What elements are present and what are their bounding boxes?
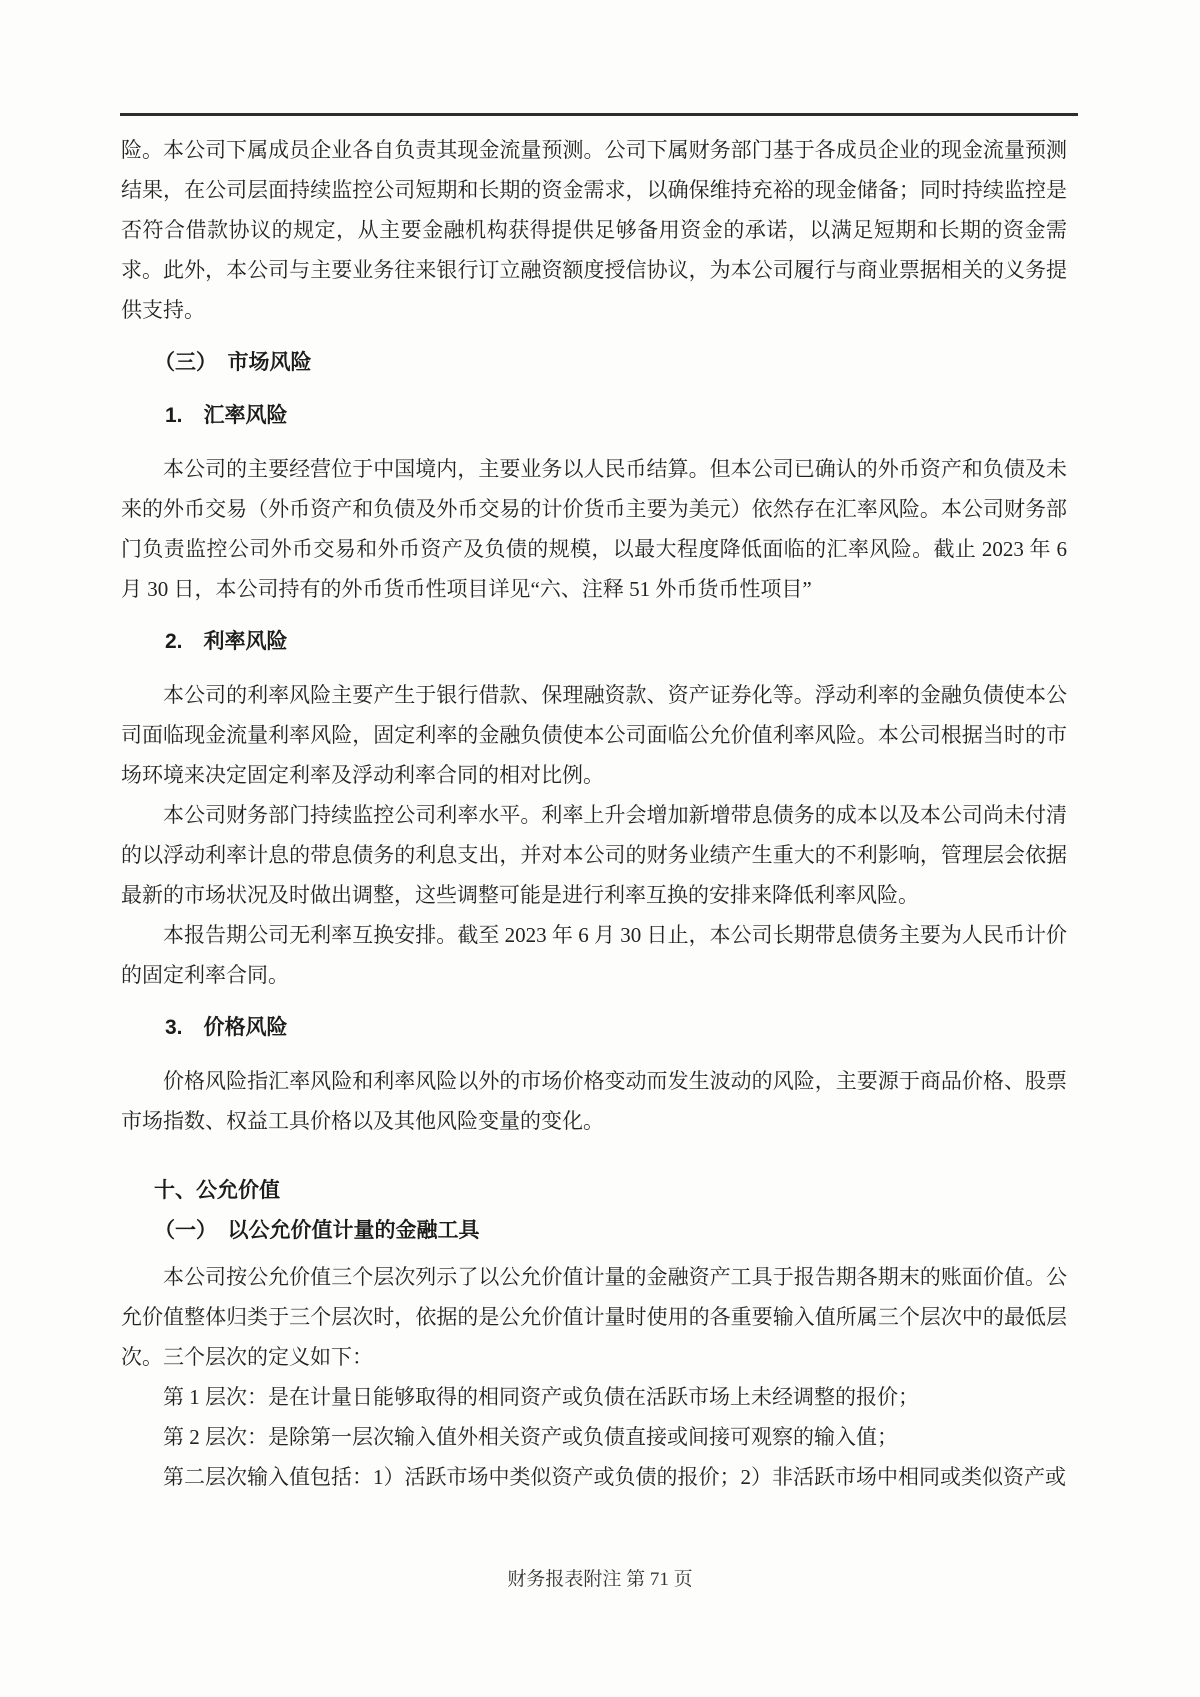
paragraph-interest-rate-risk-sources: 本公司的利率风险主要产生于银行借款、保理融资款、资产证券化等。浮动利率的金融负债… [121,675,1067,795]
paragraph-level-2-inputs: 第二层次输入值包括：1）活跃市场中类似资产或负债的报价；2）非活跃市场中相同或类… [121,1457,1067,1497]
paragraph-level-1-definition: 第 1 层次：是在计量日能够取得的相同资产或负债在活跃市场上未经调整的报价； [121,1377,1067,1417]
heading-exchange-rate-risk: 1. 汇率风险 [121,396,1067,436]
heading-interest-rate-risk: 2. 利率风险 [121,622,1067,662]
paragraph-price-risk: 价格风险指汇率风险和利率风险以外的市场价格变动而发生波动的风险，主要源于商品价格… [121,1061,1067,1141]
paragraph-interest-rate-monitoring: 本公司财务部门持续监控公司利率水平。利率上升会增加新增带息债务的成本以及本公司尚… [121,795,1067,915]
document-page: 险。本公司下属成员企业各自负责其现金流量预测。公司下属财务部门基于各成员企业的现… [0,0,1200,1697]
heading-fair-value-instruments: （一） 以公允价值计量的金融工具 [121,1211,1067,1251]
document-body: 险。本公司下属成员企业各自负责其现金流量预测。公司下属财务部门基于各成员企业的现… [121,130,1067,1497]
paragraph-level-2-definition: 第 2 层次：是除第一层次输入值外相关资产或负债直接或间接可观察的输入值； [121,1417,1067,1457]
heading-price-risk: 3. 价格风险 [121,1008,1067,1048]
header-rule [120,113,1078,116]
heading-market-risk: （三） 市场风险 [121,343,1067,383]
paragraph-no-interest-rate-swap: 本报告期公司无利率互换安排。截至 2023 年 6 月 30 日止，本公司长期带… [121,915,1067,995]
paragraph-cash-flow-forecast: 险。本公司下属成员企业各自负责其现金流量预测。公司下属财务部门基于各成员企业的现… [121,130,1067,330]
paragraph-exchange-rate-risk: 本公司的主要经营位于中国境内，主要业务以人民币结算。但本公司已确认的外币资产和负… [121,449,1067,609]
paragraph-fair-value-levels-intro: 本公司按公允价值三个层次列示了以公允价值计量的金融资产工具于报告期各期末的账面价… [121,1257,1067,1377]
page-footer: 财务报表附注 第 71 页 [0,1566,1200,1594]
heading-fair-value: 十、公允价值 [121,1171,1067,1211]
